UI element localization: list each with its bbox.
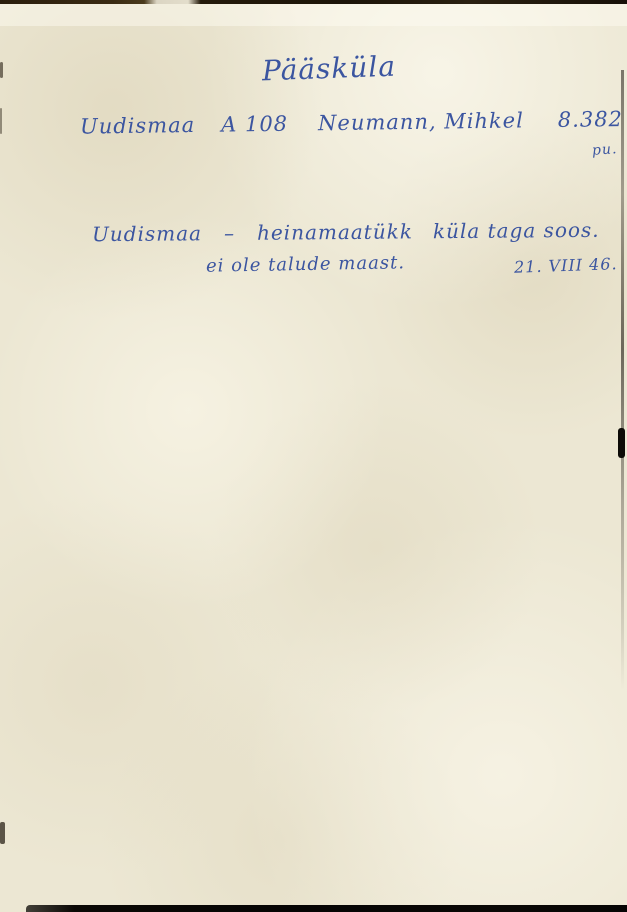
entry-owner-name: Neumann, Mihkel <box>318 108 524 135</box>
note-line-2: ei ole talude maast. <box>206 252 405 276</box>
scan-artifact-left-mark <box>0 108 2 134</box>
scan-artifact-left-mark <box>0 62 3 78</box>
entry-extra-unit: pu. <box>591 141 617 159</box>
scan-artifact-left-mark <box>0 822 5 844</box>
page-title: Pääsküla <box>261 50 396 88</box>
note-description-rest: küla taga soos. <box>433 218 600 243</box>
scan-edge-right <box>621 70 624 690</box>
scanned-document-page: Pääsküla UudismaaA 108Neumann, Mihkel8.3… <box>0 0 627 912</box>
scan-edge-top <box>0 0 627 4</box>
entry-land-type: Uudismaa <box>80 113 195 139</box>
scan-artifact-right-blob <box>618 428 625 458</box>
note-line-1: Uudismaa–heinamaatükkküla taga soos. <box>92 218 600 246</box>
entry-line: UudismaaA 108Neumann, Mihkel8.382 ha7.28 <box>80 105 627 138</box>
entry-area: 8.382 ha <box>558 106 627 131</box>
note-description: heinamaatükk <box>257 219 413 244</box>
note-subject: Uudismaa <box>92 221 202 246</box>
note-date: 21. VIII 46. <box>514 254 618 277</box>
scan-edge-bottom <box>26 905 627 912</box>
note-dash: – <box>224 221 235 245</box>
entry-property-number: A 108 <box>221 112 288 137</box>
